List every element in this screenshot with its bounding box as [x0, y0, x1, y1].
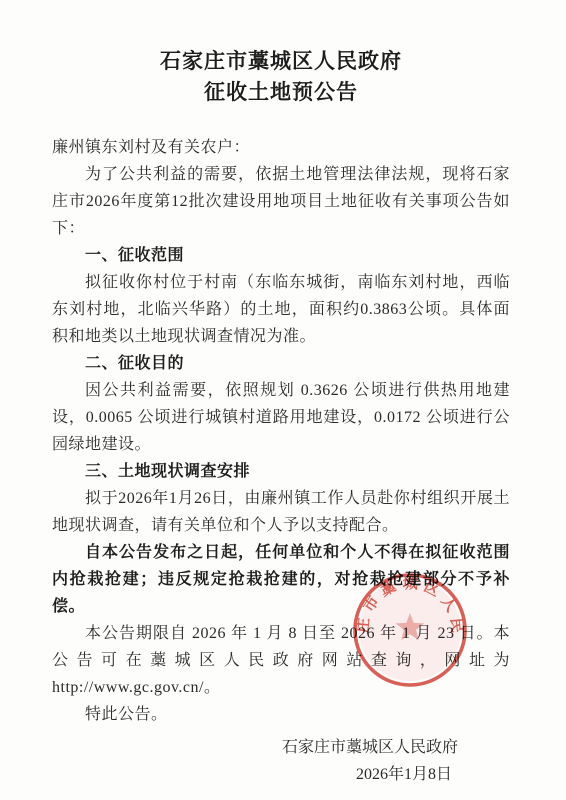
salutation: 廉州镇东刘村及有关农户： — [52, 134, 510, 161]
paragraph-period: 本公告期限自 2026 年 1 月 8 日至 2026 年 1 月 23 日。本… — [52, 620, 510, 701]
paragraph-scope: 拟征收你村位于村南（东临东城街，南临东刘村地，西临东刘村地，北临兴华路）的土地，… — [52, 269, 510, 350]
document-title: 石家庄市藁城区人民政府 征收土地预公告 — [52, 46, 510, 108]
paragraph-purpose: 因公共利益需要，依照规划 0.3626 公顷进行供热用地建设，0.0065 公顷… — [52, 377, 510, 458]
document-page: 石家庄市藁城区人民政府 征收土地预公告 廉州镇东刘村及有关农户： 为了公共利益的… — [0, 0, 566, 800]
section-heading-1: 一、征收范围 — [52, 242, 510, 269]
signature-date: 2026年1月8日 — [52, 761, 458, 788]
document-body: 廉州镇东刘村及有关农户： 为了公共利益的需要，依据土地管理法律法规，现将石家庄市… — [52, 134, 510, 728]
paragraph-warning: 自本公告发布之日起，任何单位和个人不得在拟征收范围内抢栽抢建；违反规定抢栽抢建的… — [52, 539, 510, 620]
section-heading-3: 三、土地现状调查安排 — [52, 458, 510, 485]
signature-block: 石家庄市藁城区人民政府 2026年1月8日 — [52, 734, 510, 788]
paragraph-intro: 为了公共利益的需要，依据土地管理法律法规，现将石家庄市2026年度第12批次建设… — [52, 161, 510, 242]
document-content: 石家庄市藁城区人民政府 征收土地预公告 廉州镇东刘村及有关农户： 为了公共利益的… — [52, 46, 510, 788]
paragraph-closing: 特此公告。 — [52, 701, 510, 728]
title-line-2: 征收土地预公告 — [204, 81, 358, 104]
title-line-1: 石家庄市藁城区人民政府 — [160, 50, 402, 73]
signature-issuer: 石家庄市藁城区人民政府 — [52, 734, 458, 761]
section-heading-2: 二、征收目的 — [52, 350, 510, 377]
paragraph-survey: 拟于2026年1月26日，由廉州镇工作人员赴你村组织开展土地现状调查，请有关单位… — [52, 485, 510, 539]
